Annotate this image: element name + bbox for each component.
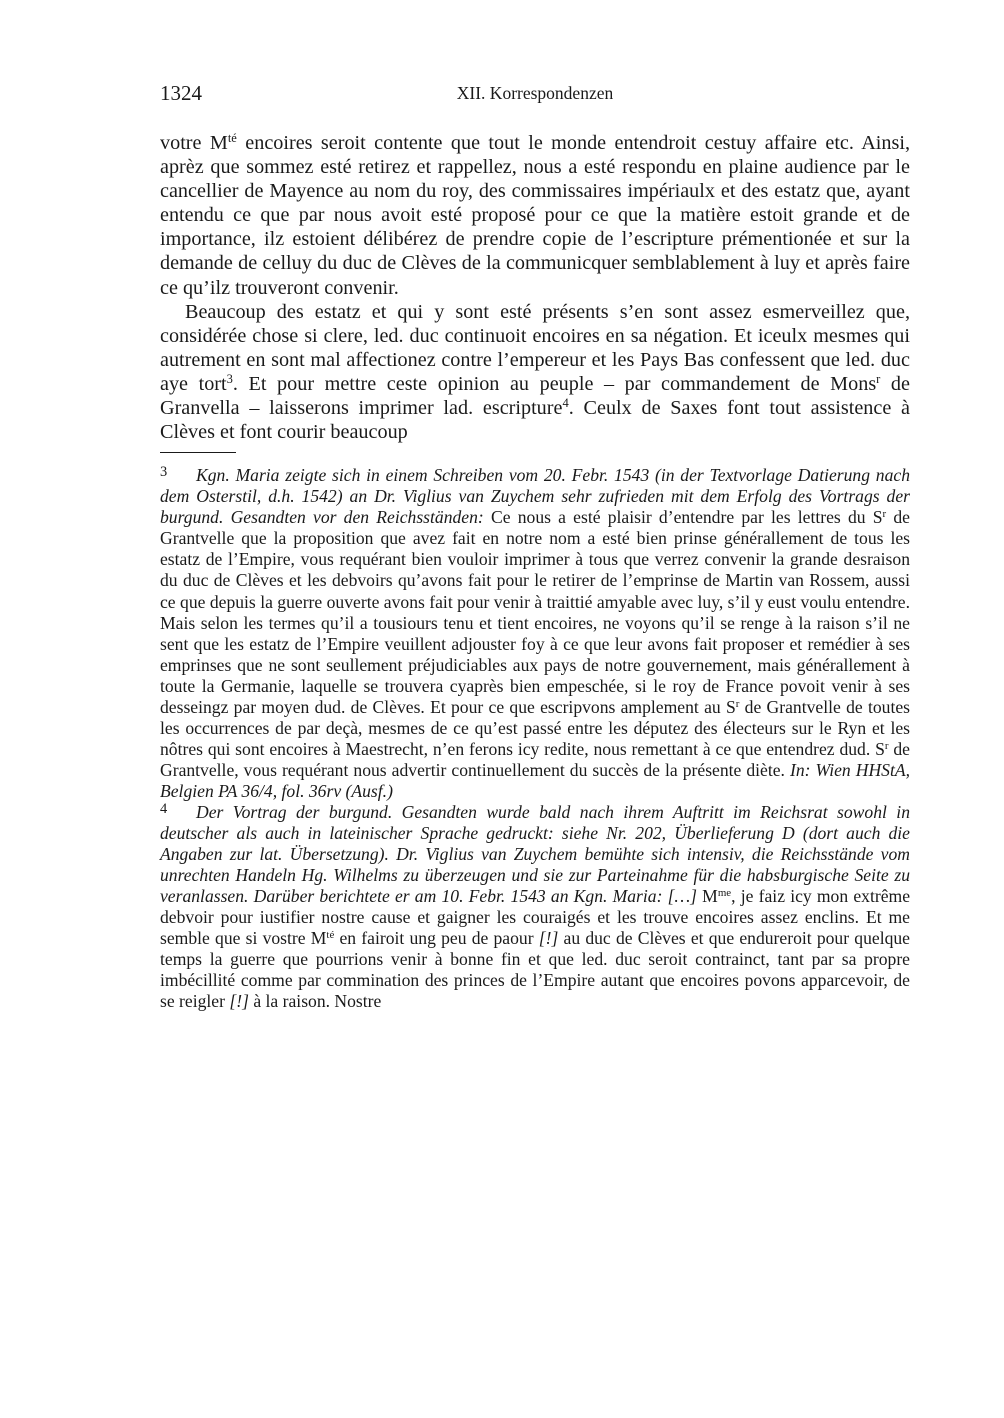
main-text: votre Mté encoires seroit contente que t…: [160, 131, 910, 444]
superscript: té: [228, 131, 237, 145]
footnote-divider: [160, 452, 236, 453]
footnote-3: 3Kgn. Maria zeigte sich in einem Schreib…: [160, 465, 910, 802]
text-run: . Et pour mettre ceste opinion au peuple…: [233, 373, 876, 395]
paragraph-1: votre Mté encoires seroit contente que t…: [160, 131, 910, 300]
running-header: 1324 XII. Korrespondenzen: [160, 76, 910, 110]
text-run: encoires seroit contente que tout le mon…: [160, 132, 910, 299]
paragraph-2: Beaucoup des estatz et qui y sont esté p…: [160, 300, 910, 445]
editorial-mark: [!]: [229, 991, 249, 1011]
quoted-source: Ce nous a esté plaisir d’entendre par le…: [484, 507, 883, 527]
text-run: votre M: [160, 132, 228, 154]
running-title: XII. Korrespondenzen: [160, 83, 910, 104]
page: 1324 XII. Korrespondenzen votre Mté enco…: [160, 76, 910, 1012]
quoted-source: en fairoit ung peu de paour: [334, 928, 538, 948]
editorial-mark: [!]: [539, 928, 559, 948]
quoted-source: de Grantvelle que la proposition que ave…: [160, 507, 910, 716]
footnote-4: 4Der Vortrag der burgund. Gesandten wurd…: [160, 802, 910, 1012]
footnotes: 3Kgn. Maria zeigte sich in einem Schreib…: [160, 465, 910, 1012]
quoted-source: M: [697, 886, 718, 906]
quoted-source: à la raison. Nostre: [249, 991, 381, 1011]
superscript: me: [718, 887, 731, 899]
